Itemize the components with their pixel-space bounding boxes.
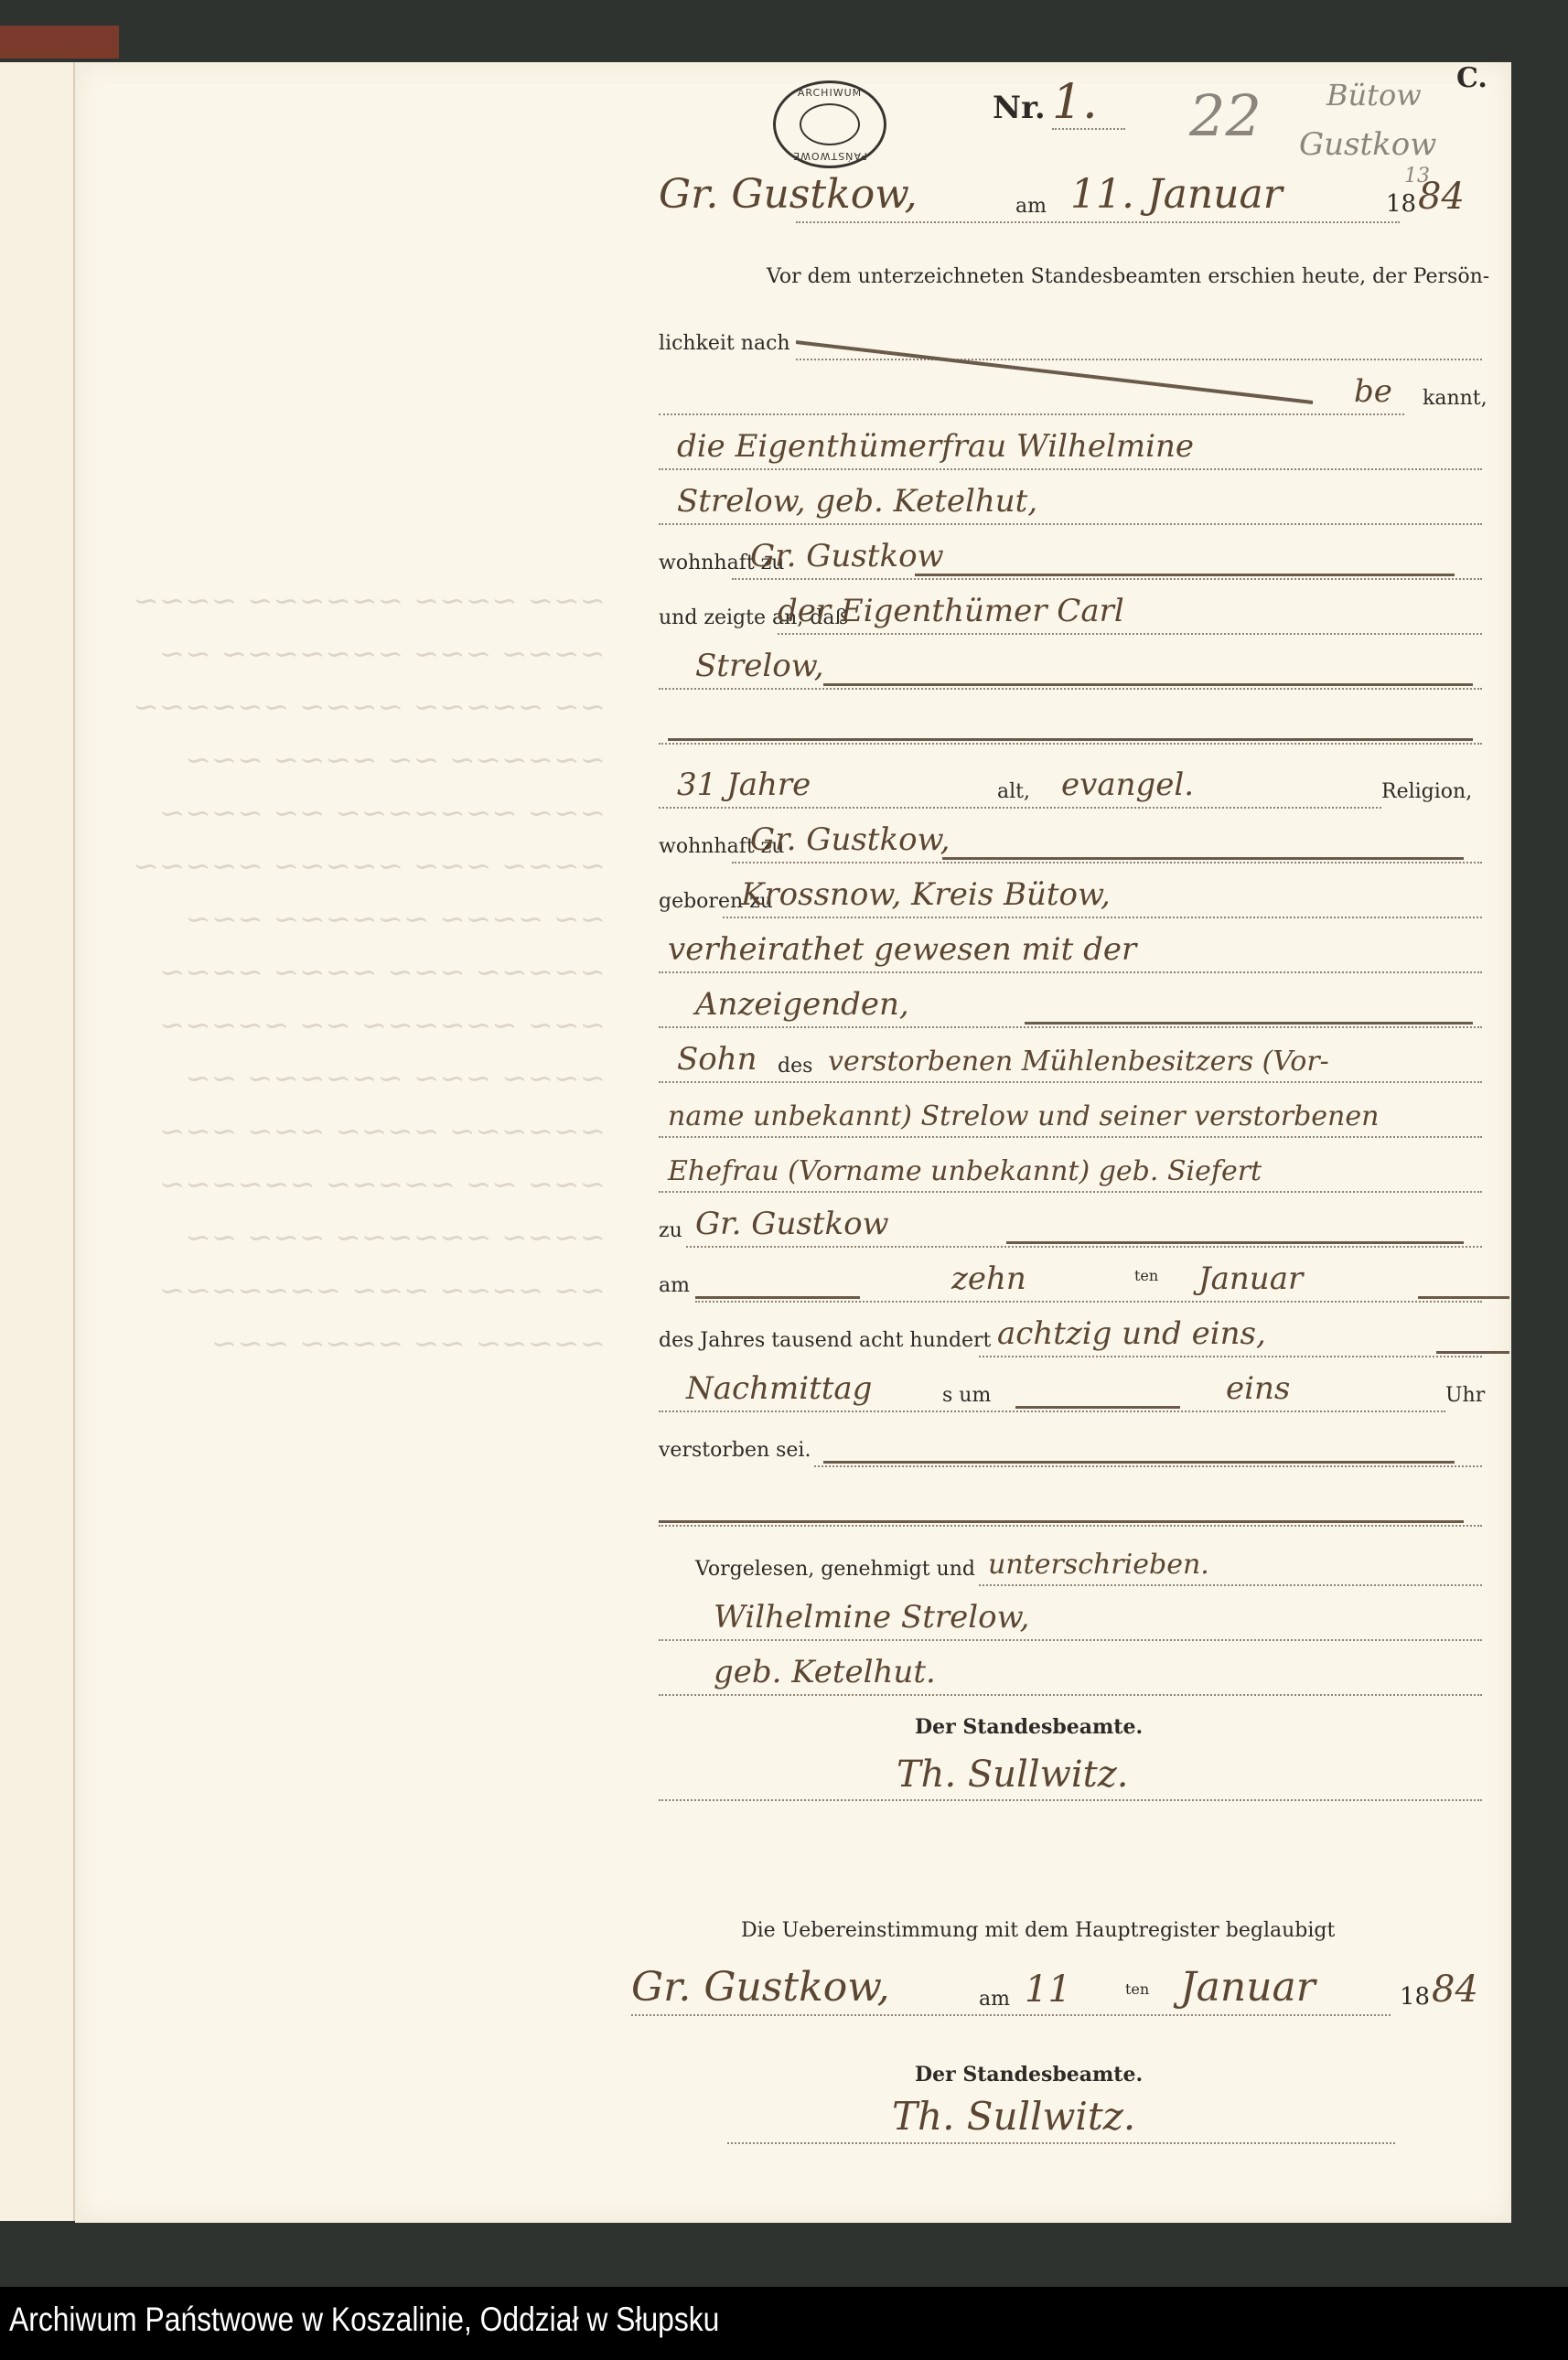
intro-line-1: Vor dem unterzeichneten Standesbeamten e…	[767, 265, 1489, 288]
officer-title: Der Standesbeamte.	[915, 1715, 1143, 1739]
religion-value: evangel.	[1061, 767, 1194, 803]
dots	[659, 1694, 1482, 1696]
certification-am-label: am	[979, 1988, 1010, 2011]
fill-stroke	[823, 1461, 1455, 1464]
dots	[659, 468, 1482, 470]
zu-label: zu	[659, 1219, 682, 1242]
fill-stroke	[659, 1520, 1464, 1523]
time-value: Nachmittag	[686, 1370, 872, 1407]
married-line-1: verheirathet gewesen mit der	[668, 931, 1136, 968]
dots	[659, 743, 1482, 745]
nr-label: Nr.	[993, 90, 1046, 126]
wohnhaft-value: Gr. Gustkow	[750, 538, 944, 574]
archive-stamp: ARCHIWUM PAŃSTWOWE	[773, 80, 886, 168]
verstorben-row: verstorben sei.	[659, 1418, 1482, 1473]
age-value: 31 Jahre	[677, 767, 811, 803]
parents-row-2: name unbekannt) Strelow und seiner verst…	[659, 1089, 1482, 1143]
blank-row	[659, 695, 1482, 750]
dots	[723, 917, 1482, 918]
dots	[814, 1465, 1482, 1467]
deceased-row: Strelow,	[659, 640, 1482, 695]
ten-label: ten	[1134, 1267, 1158, 1284]
fill-stroke	[1015, 1406, 1180, 1409]
dots	[732, 862, 1482, 864]
lichkeit-label: lichkeit nach	[659, 332, 790, 355]
zeigte-value: der Eigenthümer Carl	[778, 593, 1124, 629]
stamp-bottom-text: PAŃSTWOWE	[776, 150, 884, 162]
married-line-2: Anzeigenden,	[695, 986, 909, 1023]
dots	[659, 688, 1482, 690]
geboren-value: Krossnow, Kreis Bütow,	[741, 876, 1111, 913]
informant-row-1: die Eigenthümerfrau Wilhelmine	[659, 421, 1482, 476]
corner-letter: C.	[1456, 62, 1487, 94]
dots	[659, 1191, 1482, 1193]
fill-stroke	[823, 683, 1473, 686]
fill-stroke	[1025, 1022, 1473, 1024]
header-date-row: Gr. Gustkow, am 11. Januar 18 84	[659, 174, 1500, 229]
dots	[796, 221, 1400, 223]
am-label: am	[659, 1274, 690, 1297]
bekannt-print: kannt,	[1423, 387, 1487, 410]
dots	[659, 1081, 1482, 1083]
dots	[659, 1639, 1482, 1641]
dots	[659, 1411, 1445, 1412]
header-year-prefix: 18	[1386, 190, 1416, 218]
vorgelesen-label: Vorgelesen, genehmigt und	[695, 1558, 975, 1581]
dots	[659, 1026, 1482, 1028]
s-um-label: s um	[942, 1384, 991, 1407]
zu-value: Gr. Gustkow	[695, 1206, 889, 1242]
signature-row-1: Wilhelmine Strelow,	[659, 1592, 1482, 1647]
header-year-suffix: 84	[1418, 176, 1465, 218]
parents-row-3: Ehefrau (Vorname unbekannt) geb. Siefert	[659, 1143, 1482, 1198]
header-date: 11. Januar	[1070, 171, 1283, 218]
certification-date-row: Gr. Gustkow, am 11 ten Januar 18 84	[631, 1967, 1491, 2022]
nr-value: 1.	[1052, 75, 1098, 130]
book-cover-edge	[0, 26, 119, 59]
hour-value: eins	[1226, 1370, 1290, 1407]
year-value: achtzig und eins,	[997, 1315, 1266, 1352]
dots	[979, 1356, 1482, 1357]
stamp-inner-oval	[800, 103, 860, 145]
closing-blank-row	[659, 1477, 1482, 1532]
des-label: des	[778, 1055, 812, 1078]
informant-row-2: Strelow, geb. Ketelhut,	[659, 476, 1482, 531]
header-place: Gr. Gustkow,	[659, 171, 918, 218]
dots	[659, 807, 1381, 809]
officer-signature: Th. Sullwitz.	[897, 1754, 1129, 1796]
fill-stroke	[1436, 1351, 1509, 1354]
informant-signature-2: geb. Ketelhut.	[714, 1654, 936, 1690]
dots	[659, 413, 1404, 415]
archive-caption: Archiwum Państwowe w Koszalinie, Oddział…	[9, 2301, 719, 2339]
verstorben-label: verstorben sei.	[659, 1439, 811, 1462]
header-am-label: am	[1015, 195, 1047, 218]
parents-line-2: name unbekannt) Strelow und seiner verst…	[668, 1100, 1379, 1132]
zeigte-row: und zeigte an, daß der Eigenthümer Carl	[659, 585, 1482, 640]
day-value: zehn	[951, 1260, 1026, 1297]
time-row: Nachmittag s um eins Uhr	[659, 1363, 1482, 1418]
dots	[659, 1136, 1482, 1138]
uhr-label: Uhr	[1445, 1384, 1485, 1407]
month-value: Januar	[1198, 1260, 1303, 1297]
certification-ten-label: ten	[1125, 1980, 1149, 1998]
married-row-2: Anzeigenden,	[659, 979, 1482, 1034]
certification-officer-title: Der Standesbeamte.	[915, 2063, 1143, 2086]
dots	[778, 633, 1482, 635]
informant-line-2: Strelow, geb. Ketelhut,	[677, 483, 1037, 520]
certification-officer-signature: Th. Sullwitz.	[892, 2094, 1135, 2139]
fill-stroke	[668, 738, 1473, 741]
fill-stroke	[695, 1296, 860, 1299]
dots	[732, 578, 1482, 580]
wohnhaft-2-row: wohnhaft zu Gr. Gustkow,	[659, 814, 1482, 869]
pencil-place: Bütow	[1326, 78, 1422, 113]
dots	[979, 1584, 1482, 1586]
signature-row-2: geb. Ketelhut.	[659, 1647, 1482, 1701]
wohnhaft-row: wohnhaft zu Gr. Gustkow	[659, 531, 1482, 585]
parents-line-1: verstorbenen Mühlenbesitzers (Vor-	[828, 1046, 1329, 1078]
fill-stroke	[1006, 1241, 1464, 1244]
pencil-number: 22	[1189, 82, 1262, 149]
pencil-place-2: Gustkow	[1299, 126, 1436, 163]
certification-place: Gr. Gustkow,	[631, 1964, 890, 2011]
bekannt-hand: be	[1354, 373, 1392, 410]
vorgelesen-value: unterschrieben.	[988, 1549, 1209, 1581]
dots	[659, 523, 1482, 525]
certification-year-suffix: 84	[1432, 1968, 1478, 2011]
certification-day: 11	[1025, 1968, 1071, 2011]
dots	[659, 1799, 1482, 1801]
left-page-edge	[0, 62, 75, 2221]
informant-line-1: die Eigenthümerfrau Wilhelmine	[677, 428, 1194, 465]
dots	[695, 1301, 1482, 1303]
age-religion-row: 31 Jahre alt, evangel. Religion,	[659, 759, 1482, 814]
certification-month: Januar	[1180, 1964, 1316, 2011]
alt-label: alt,	[997, 780, 1030, 803]
parents-line-3: Ehefrau (Vorname unbekannt) geb. Siefert	[668, 1155, 1262, 1187]
dots	[686, 1246, 1482, 1248]
married-row-1: verheirathet gewesen mit der	[659, 924, 1482, 979]
fill-stroke	[1418, 1296, 1509, 1299]
dots	[727, 2142, 1395, 2144]
dots	[659, 971, 1482, 973]
bleed-through-text: ~~~ ~~~~ ~~~~~~ ~~~~~~~~ ~~~ ~~~~~~~ ~~~…	[93, 574, 606, 1672]
death-date-row: am zehn ten Januar	[659, 1253, 1482, 1308]
officer-sig-row: Th. Sullwitz.	[659, 1752, 1482, 1807]
sohn-row: Sohn des verstorbenen Mühlenbesitzers (V…	[659, 1034, 1482, 1089]
year-label: des Jahres tausend acht hundert	[659, 1329, 991, 1352]
dots	[659, 1525, 1482, 1527]
dots	[631, 2014, 1391, 2016]
certification-year-prefix: 18	[1400, 1983, 1430, 2011]
sohn-value: Sohn	[677, 1041, 757, 1078]
deceased-name: Strelow,	[695, 648, 824, 684]
vorgelesen-row: Vorgelesen, genehmigt und unterschrieben…	[695, 1537, 1482, 1592]
bekannt-row: be kannt,	[659, 366, 1482, 421]
certification-sig-row: Th. Sullwitz.	[727, 2095, 1395, 2150]
wohnhaft-2-value: Gr. Gustkow,	[750, 821, 950, 858]
informant-signature-1: Wilhelmine Strelow,	[714, 1599, 1029, 1636]
geboren-row: geboren zu Krossnow, Kreis Bütow,	[659, 869, 1482, 924]
religion-label: Religion,	[1381, 780, 1472, 803]
zu-row: zu Gr. Gustkow	[659, 1198, 1482, 1253]
year-row: des Jahres tausend acht hundert achtzig …	[659, 1308, 1482, 1363]
fill-stroke	[942, 857, 1464, 860]
fill-stroke	[915, 574, 1455, 576]
certification-text: Die Uebereinstimmung mit dem Hauptregist…	[741, 1919, 1335, 1942]
stamp-top-text: ARCHIWUM	[776, 87, 884, 99]
nr-dots	[1052, 128, 1125, 130]
